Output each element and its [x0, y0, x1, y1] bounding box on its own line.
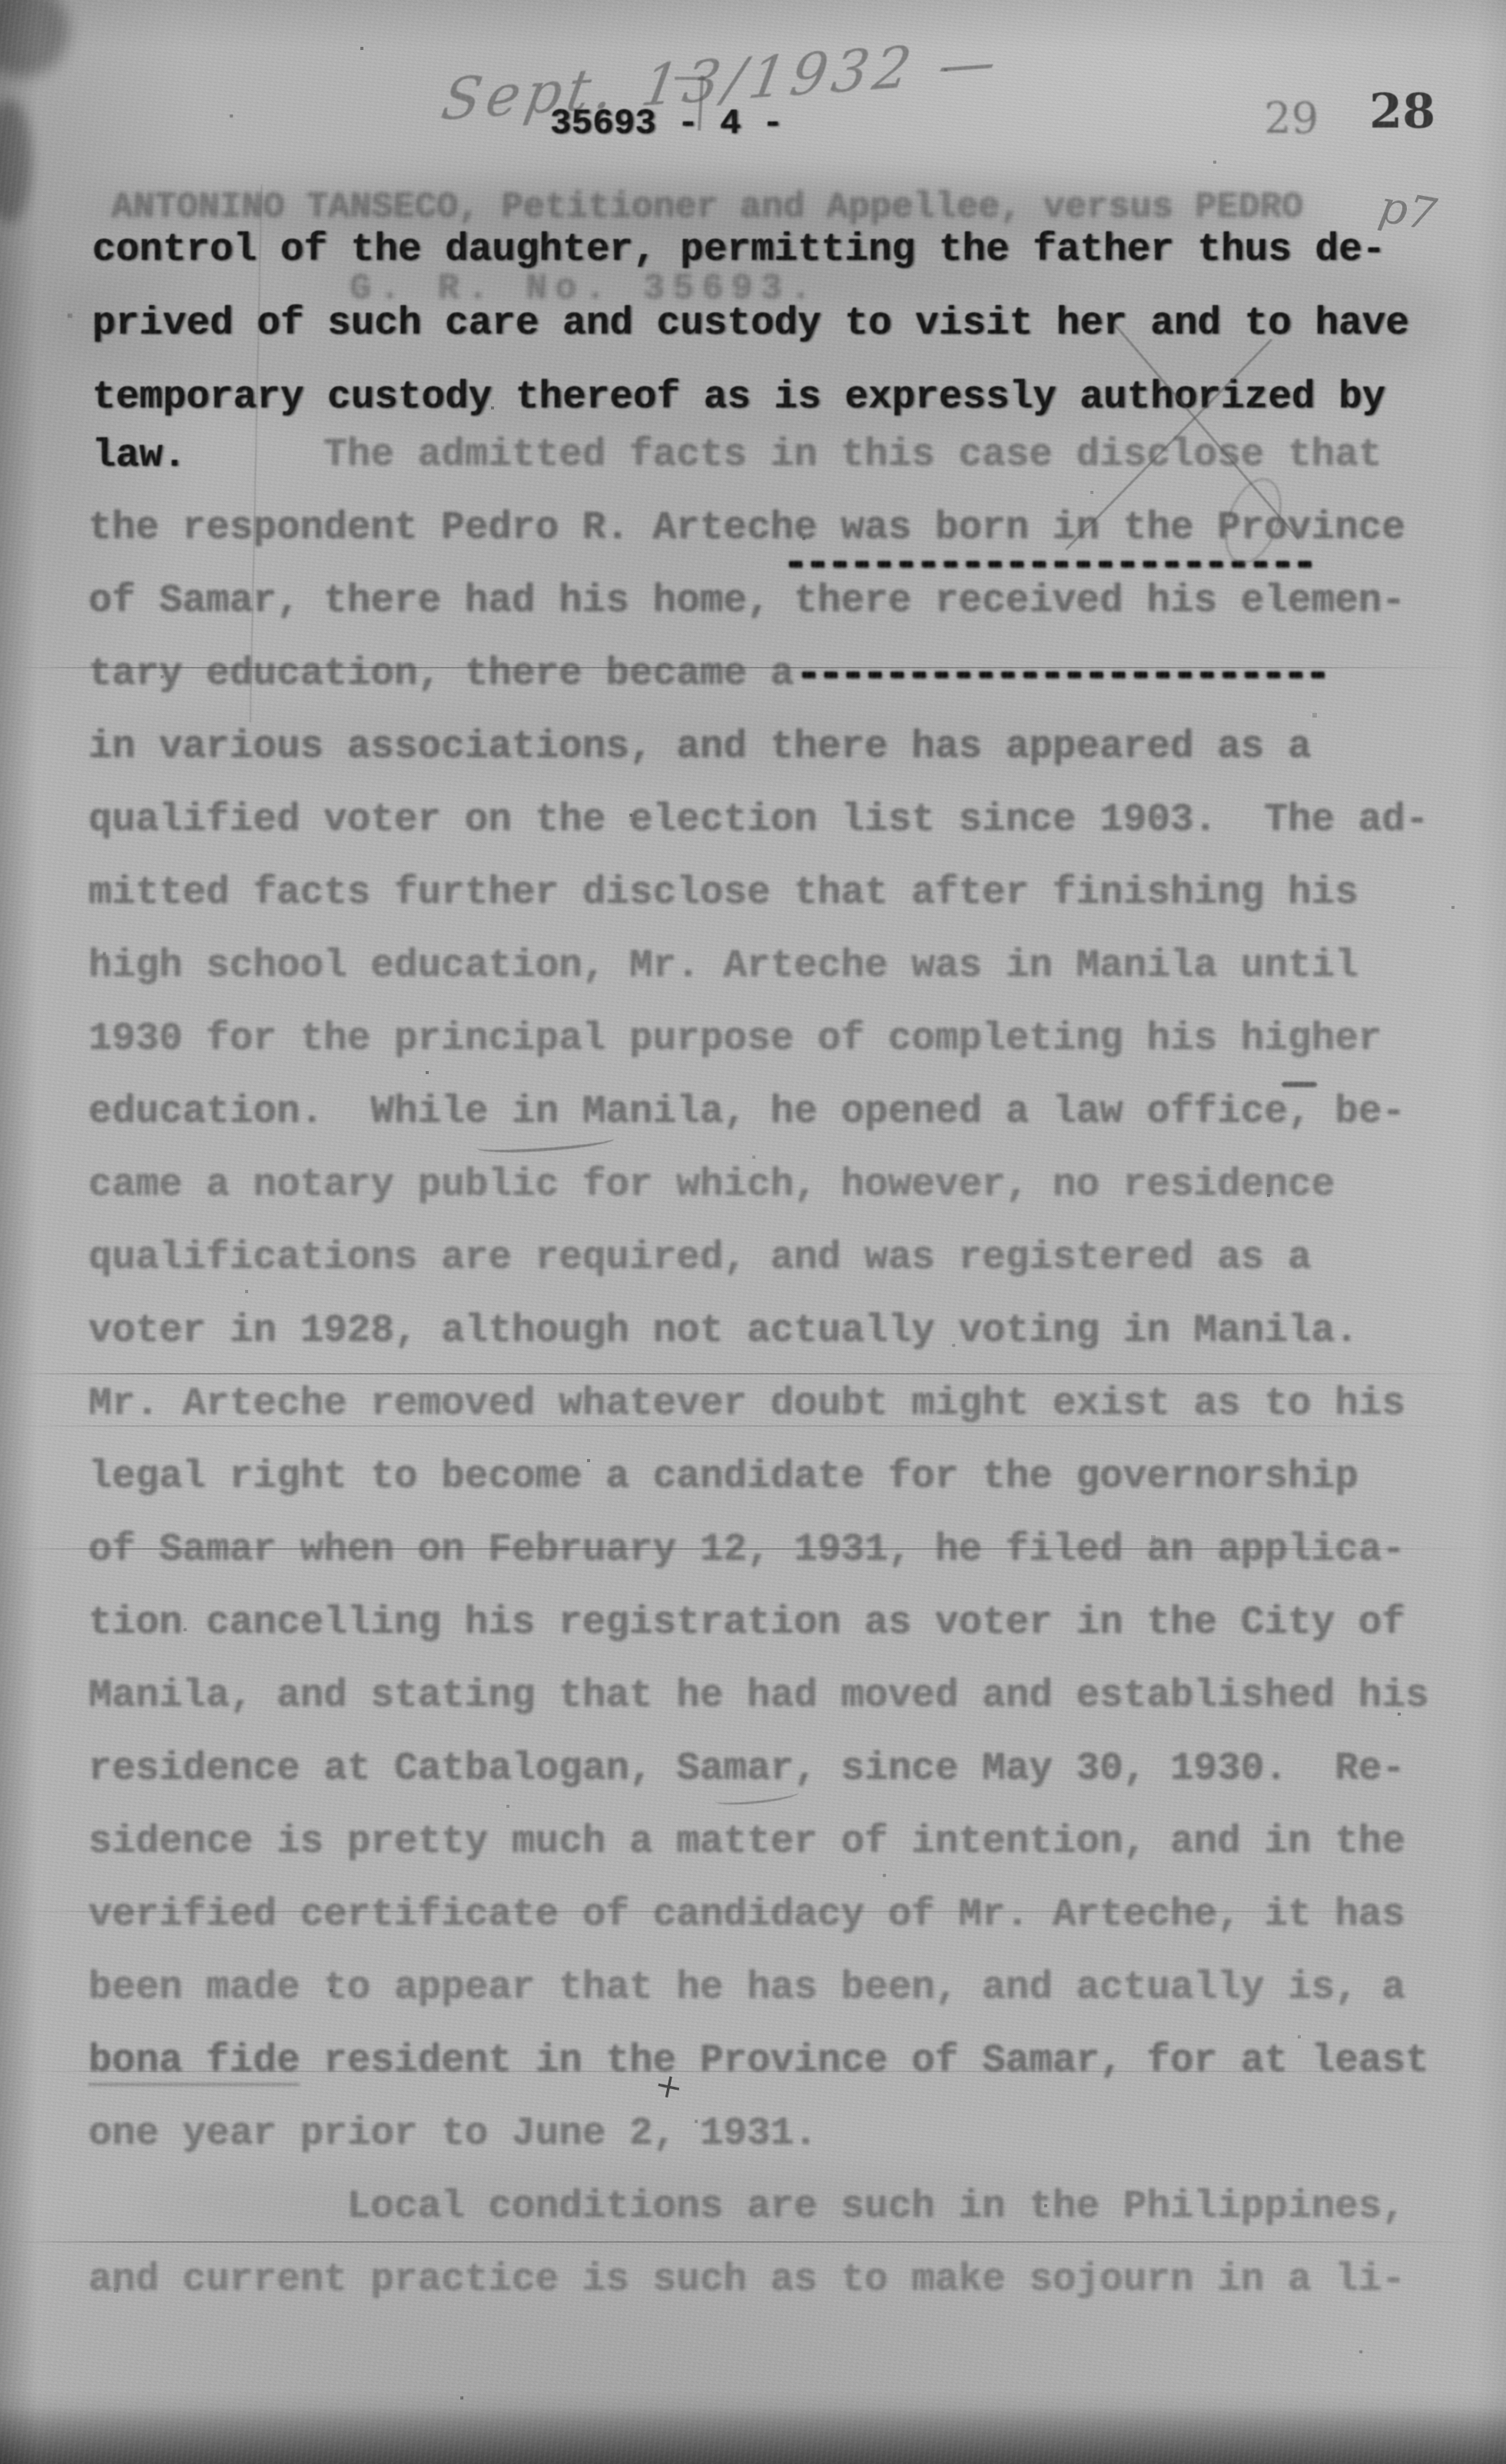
- typed-line: high school education, Mr. Arteche was i…: [88, 945, 1358, 988]
- typed-line: been made to appear that he has been, an…: [88, 1967, 1405, 2010]
- scanned-court-document-page: Sept. 13/1932 — 35693 - 4 - 29 28 p7 ANT…: [0, 0, 1506, 2464]
- typed-line: tion cancelling his registration as vote…: [88, 1602, 1405, 1645]
- typed-line: qualified voter on the election list sin…: [88, 799, 1428, 842]
- typed-line: legal right to become a candidate for th…: [88, 1456, 1358, 1499]
- bold-typed-line: prived of such care and custody to visit…: [92, 303, 1409, 346]
- ink-tick: [1282, 1082, 1317, 1087]
- typed-line: voter in 1928, although not actually vot…: [88, 1310, 1358, 1353]
- scratch-line: [12, 2241, 1494, 2243]
- typed-line: mitted facts further disclose that after…: [88, 872, 1358, 915]
- typed-line: qualifications are required, and was reg…: [88, 1237, 1311, 1280]
- page-number-ghost: 29: [1264, 94, 1319, 144]
- bold-typed-line: control of the daughter, permitting the …: [92, 229, 1385, 272]
- typed-line: 1930 for the principal purpose of comple…: [88, 1018, 1382, 1061]
- typed-line: education. While in Manila, he opened a …: [88, 1091, 1405, 1134]
- typed-line: verified certificate of candidacy of Mr.…: [88, 1894, 1405, 1937]
- typed-line: came a notary public for which, however,…: [88, 1164, 1335, 1207]
- strikeout-dashes-row: ------------------------: [795, 653, 1326, 698]
- typed-line: The admitted facts in this case disclose…: [88, 434, 1382, 477]
- typed-line: in various associations, and there has a…: [88, 726, 1311, 769]
- bottom-scan-shadow: [0, 2406, 1506, 2464]
- scratch-line: [12, 1373, 1494, 1375]
- typed-line: tary education, there became a: [88, 653, 794, 696]
- ghost-case-caption: ANTONINO TANSECO, Petitioner and Appelle…: [111, 187, 1303, 228]
- typed-line: residence at Catbalogan, Samar, since Ma…: [88, 1748, 1405, 1791]
- typed-line: Manila, and stating that he had moved an…: [88, 1675, 1428, 1718]
- typed-line: and current practice is such as to make …: [88, 2259, 1405, 2302]
- dust-specks: [0, 0, 2, 2]
- edge-blemish: [0, 0, 69, 77]
- typed-line: Local conditions are such in the Philipp…: [88, 2186, 1405, 2229]
- typed-line: one year prior to June 2, 1931.: [88, 2113, 818, 2156]
- typed-line: of Samar when on February 12, 1931, he f…: [88, 1529, 1405, 1572]
- typed-line: bona fide resident in the Province of Sa…: [88, 2040, 1429, 2083]
- underlined-phrase: bona fide: [88, 2039, 300, 2086]
- typed-line: Mr. Arteche removed whatever doubt might…: [88, 1383, 1405, 1426]
- edge-blemish: [0, 100, 32, 223]
- case-page-number: 35693 - 4 -: [550, 104, 784, 144]
- pen-squiggle: [476, 1131, 615, 1156]
- page-number: 28: [1369, 83, 1435, 139]
- typed-line: sidence is pretty much a matter of inten…: [88, 1821, 1405, 1864]
